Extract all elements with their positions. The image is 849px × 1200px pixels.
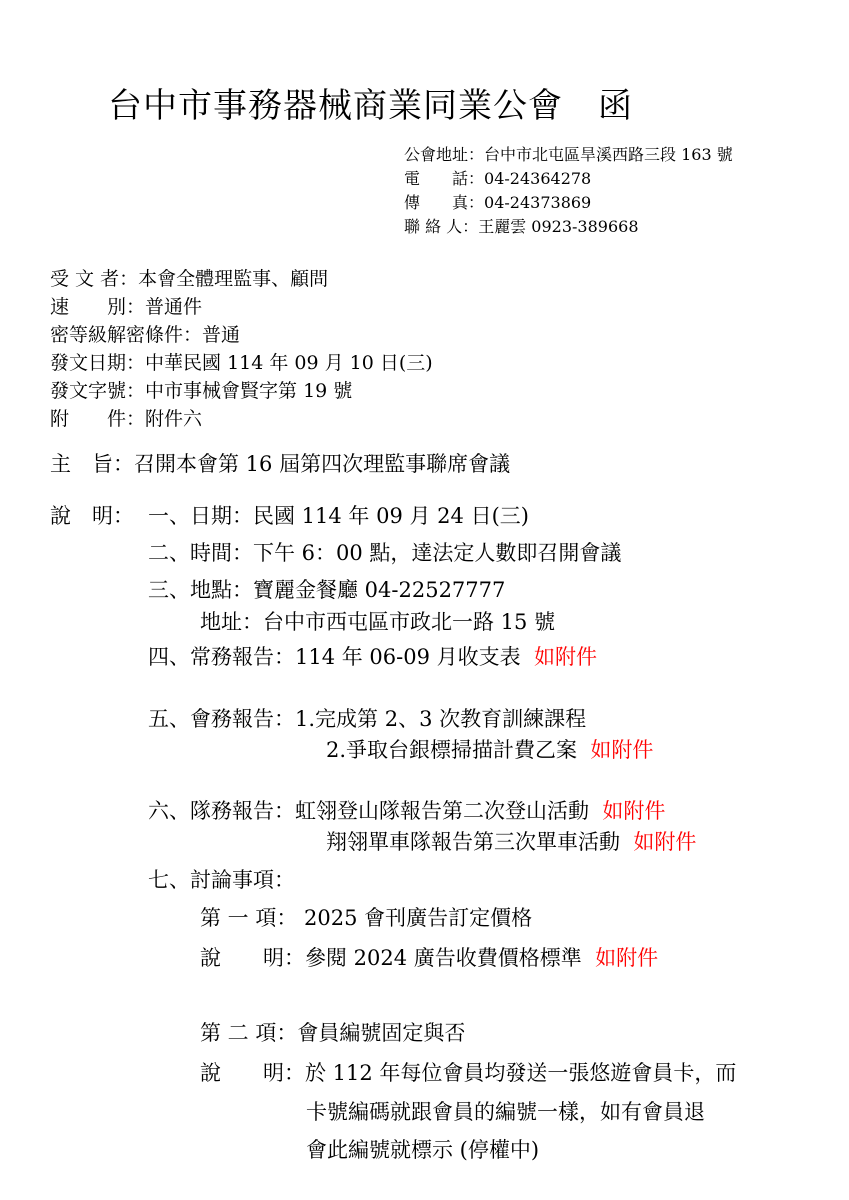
meta-date: 發文日期：中華民國 114 年 09 月 10 日(三): [50, 348, 433, 375]
attachment-link: 如附件: [590, 738, 653, 762]
discussion-item-1-desc: 說 明：參閱 2024 廣告收費價格標準 如附件: [200, 942, 658, 972]
discussion-item-2-desc-line-3: 會此編號就標示 (停權中): [306, 1134, 539, 1164]
attachment-link: 如附件: [534, 645, 597, 669]
explanation-item-5-line-2: 2.爭取台銀標掃描計費乙案 如附件: [326, 734, 653, 764]
page-title: 台中市事務器械商業同業公會 函: [108, 78, 633, 127]
subject-line: 主 旨：召開本會第 16 屆第四次理監事聯席會議: [50, 448, 510, 478]
attachment-link: 如附件: [602, 799, 665, 823]
meta-attachment: 附 件：附件六: [50, 404, 202, 431]
discussion-item-2-desc-line-2: 卡號編碼就跟會員的編號一樣，如有會員退: [306, 1096, 705, 1126]
contact-fax: 傳 真：04-24373869: [404, 190, 591, 216]
discussion-item-2-desc: 說 明：於 112 年每位會員均發送一張悠遊會員卡，而: [200, 1057, 736, 1087]
attachment-link: 如附件: [595, 946, 658, 970]
discussion-item-2: 第 二 項：會員編號固定與否: [200, 1017, 465, 1047]
explanation-item-5: 五、會務報告：1.完成第 2、3 次教育訓練課程: [148, 703, 586, 733]
contact-phone: 電 話：04-24364278: [404, 166, 591, 192]
explanation-item-7: 七、討論事項：: [148, 864, 295, 894]
explanation-item-1: 一、日期：民國 114 年 09 月 24 日(三): [148, 500, 529, 530]
explanation-item-2: 二、時間：下午 6：00 點，達法定人數即召開會議: [148, 537, 621, 567]
explanation-item-4: 四、常務報告：114 年 06-09 月收支表 如附件: [148, 641, 597, 671]
meta-speed: 速 別：普通件: [50, 292, 202, 319]
explanation-label: 說 明：: [50, 500, 134, 530]
meta-classification: 密等級解密條件：普通: [50, 320, 240, 347]
contact-address: 公會地址：台中市北屯區旱溪西路三段 163 號: [404, 142, 733, 168]
discussion-item-1: 第 一 項： 2025 會刊廣告訂定價格: [200, 902, 532, 932]
attachment-link: 如附件: [633, 830, 696, 854]
meta-recipient: 受 文 者：本會全體理監事、顧問: [50, 264, 328, 291]
explanation-item-3-address: 地址：台中市西屯區市政北一路 15 號: [200, 606, 555, 636]
explanation-item-6-line-2: 翔翎單車隊報告第三次單車活動 如附件: [326, 826, 696, 856]
explanation-item-6: 六、隊務報告：虹翎登山隊報告第二次登山活動 如附件: [148, 795, 665, 825]
contact-person: 聯 絡 人：王麗雲 0923-389668: [404, 214, 639, 240]
explanation-item-3: 三、地點：寶麗金餐廳 04-22527777: [148, 574, 505, 604]
meta-doc-number: 發文字號：中市事械會賢字第 19 號: [50, 376, 352, 403]
